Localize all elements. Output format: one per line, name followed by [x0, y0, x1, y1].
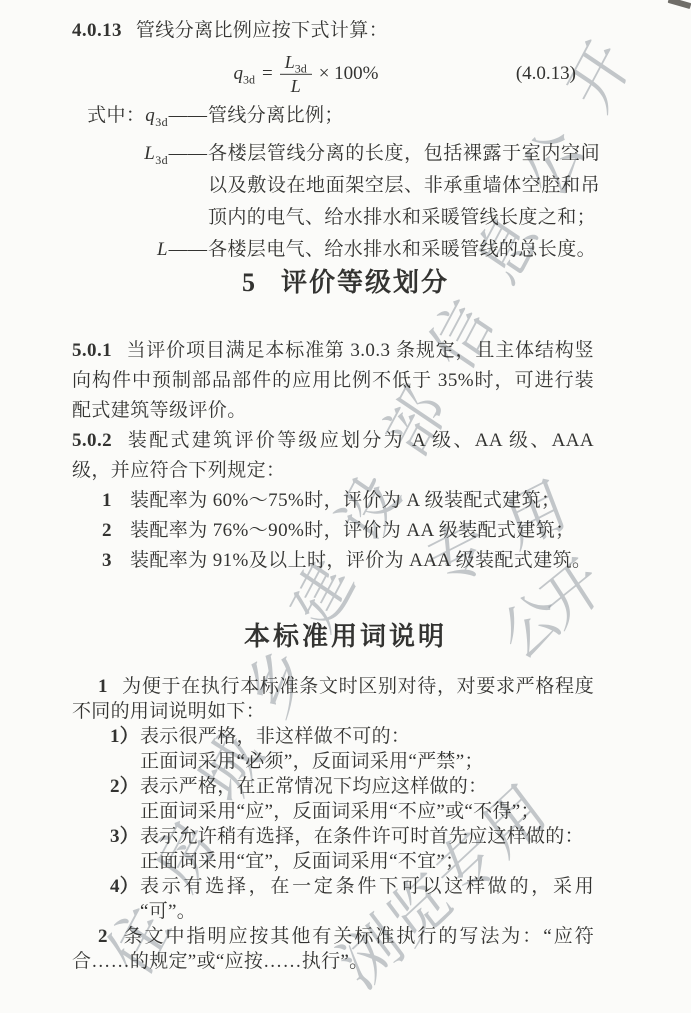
where-prefix: 式中：: [87, 105, 145, 126]
terms-paragraph-2: 2条文中指明应按其他有关标准执行的写法为：“应符合……的规定”或“应按……执行”…: [72, 924, 594, 974]
where-block: 式中：q3d —— 管线分离比例； L3d —— 各楼层管线分离的长度，包括裸露…: [72, 100, 600, 272]
item-text: 表示有选择，在一定条件下可以这样做的，采用 “可”。: [140, 874, 594, 924]
grade-item-aa: 2装配率为 76%～90%时，评价为 AA 级装配式建筑；: [72, 516, 594, 546]
clause-4013-text: 管线分离比例应按下式计算：: [136, 20, 388, 41]
item-number: 1: [102, 486, 130, 516]
grade-item-a: 1装配率为 60%～75%时，评价为 A 级装配式建筑；: [72, 486, 594, 516]
fraction-denominator: L: [291, 75, 301, 97]
section-5-body: 5.0.1当评价项目满足本标准第 3.0.3 条规定，且主体结构竖向构件中预制部…: [72, 336, 594, 576]
document-page: 住房城乡建设部信息公开浏览专用专用公开 4.0.13管线分离比例应按下式计算： …: [0, 0, 691, 1013]
item-line-1: 表示很严格，非这样做不可的：: [140, 724, 594, 749]
paragraph-text: 条文中指明应按其他有关标准执行的写法为：“应符合……的规定”或“应按……执行”。: [72, 926, 594, 972]
where-term-q3d: 式中：q3d —— 管线分离比例；: [72, 100, 600, 138]
terms-heading: 本标准用词说明: [0, 616, 691, 653]
clause-502-paragraph: 5.0.2装配式建筑评价等级应划分为 A 级、AA 级、AAA 级，并应符合下列…: [72, 426, 594, 486]
clause-501-number: 5.0.1: [72, 340, 112, 361]
clause-502-text: 装配式建筑评价等级应划分为 A 级、AA 级、AAA 级，并应符合下列规定：: [72, 430, 594, 481]
item-line-2: “可”。: [140, 899, 594, 924]
formula-lhs-symbol: q: [233, 63, 243, 84]
item-line-2: 正面词采用“必须”，反面词采用“严禁”；: [140, 749, 594, 774]
term-label: 式中：q3d: [72, 100, 168, 138]
clause-501-text: 当评价项目满足本标准第 3.0.3 条规定，且主体结构竖向构件中预制部品部件的应…: [72, 340, 594, 421]
numerator-subscript: 3d: [295, 61, 307, 75]
term-subscript: 3d: [155, 153, 168, 167]
clause-501-paragraph: 5.0.1当评价项目满足本标准第 3.0.3 条规定，且主体结构竖向构件中预制部…: [72, 336, 594, 426]
wording-item-1: 1） 表示很严格，非这样做不可的： 正面词采用“必须”，反面词采用“严禁”；: [72, 724, 594, 774]
clause-4013-block: 4.0.13管线分离比例应按下式计算： q3d = L3d L × 100% (…: [72, 14, 600, 272]
scan-artifact: [668, 0, 691, 9]
term-symbol: L: [157, 239, 168, 260]
item-line-2: 正面词采用“应”，反面词采用“不应”或“不得”；: [140, 799, 594, 824]
item-number: 3: [102, 546, 130, 576]
item-text: 表示允许稍有选择，在条件许可时首先应这样做的： 正面词采用“宜”，反面词采用“不…: [140, 824, 594, 874]
item-number: 1）: [110, 724, 140, 774]
item-line-1: 表示允许稍有选择，在条件许可时首先应这样做的：: [140, 824, 594, 849]
terms-paragraph-1: 1为便于在执行本标准条文时区别对待，对要求严格程度不同的用词说明如下：: [72, 674, 594, 724]
item-number: 2: [102, 516, 130, 546]
where-term-l3d: L3d —— 各楼层管线分离的长度，包括裸露于室内空间以及敷设在地面架空层、非承…: [72, 138, 600, 234]
item-number: 4）: [110, 874, 140, 924]
numerator-symbol: L: [285, 52, 295, 72]
item-number: 2）: [110, 774, 140, 824]
item-line-1: 表示严格，在正常情况下均应这样做的：: [140, 774, 594, 799]
grade-item-aaa: 3装配率为 91%及以上时，评价为 AAA 级装配式建筑。: [72, 546, 594, 576]
term-dash: ——: [168, 100, 208, 138]
wording-item-4: 4） 表示有选择，在一定条件下可以这样做的，采用 “可”。: [72, 874, 594, 924]
term-description: 各楼层管线分离的长度，包括裸露于室内空间以及敷设在地面架空层、非承重墙体空腔和吊…: [208, 138, 600, 234]
terms-body: 1为便于在执行本标准条文时区别对待，对要求严格程度不同的用词说明如下： 1） 表…: [72, 674, 594, 974]
section-5-title: 评价等级划分: [281, 268, 449, 297]
item-text: 装配率为 91%及以上时，评价为 AAA 级装配式建筑。: [130, 546, 591, 576]
clause-4013-number: 4.0.13: [72, 20, 122, 41]
item-line-1: 表示有选择，在一定条件下可以这样做的，采用: [140, 874, 594, 899]
clause-4013-paragraph: 4.0.13管线分离比例应按下式计算：: [72, 14, 600, 48]
fraction-numerator: L3d: [280, 52, 312, 75]
formula-lhs: q3d: [233, 63, 255, 85]
formula-fraction: L3d L: [280, 52, 312, 96]
formula-row: q3d = L3d L × 100% (4.0.13): [72, 48, 600, 100]
paragraph-number: 2: [98, 926, 108, 947]
formula-lhs-subscript: 3d: [243, 73, 255, 87]
wording-item-2: 2） 表示严格，在正常情况下均应这样做的： 正面词采用“应”，反面词采用“不应”…: [72, 774, 594, 824]
paragraph-number: 1: [98, 676, 108, 697]
term-label: L3d: [72, 138, 168, 234]
term-symbol: L: [144, 143, 155, 164]
section-5-number: 5: [242, 268, 257, 297]
section-5-heading: 5评价等级划分: [0, 262, 691, 299]
denominator-symbol: L: [291, 76, 301, 96]
item-line-2: 正面词采用“宜”，反面词采用“不宜”；: [140, 849, 594, 874]
term-dash: ——: [168, 138, 208, 234]
equation-number: (4.0.13): [516, 63, 576, 85]
term-subscript: 3d: [155, 115, 168, 129]
term-description: 管线分离比例；: [208, 100, 600, 138]
wording-item-3: 3） 表示允许稍有选择，在条件许可时首先应这样做的： 正面词采用“宜”，反面词采…: [72, 824, 594, 874]
item-text: 装配率为 60%～75%时，评价为 A 级装配式建筑；: [130, 486, 560, 516]
times-100-percent: × 100%: [319, 63, 379, 85]
item-text: 装配率为 76%～90%时，评价为 AA 级装配式建筑；: [130, 516, 575, 546]
item-text: 表示严格，在正常情况下均应这样做的： 正面词采用“应”，反面词采用“不应”或“不…: [140, 774, 594, 824]
paragraph-text: 为便于在执行本标准条文时区别对待，对要求严格程度不同的用词说明如下：: [72, 676, 594, 722]
formula-expression: q3d = L3d L × 100%: [72, 52, 540, 96]
clause-502-number: 5.0.2: [72, 430, 112, 451]
equals-sign: =: [262, 63, 273, 85]
item-number: 3）: [110, 824, 140, 874]
item-text: 表示很严格，非这样做不可的： 正面词采用“必须”，反面词采用“严禁”；: [140, 724, 594, 774]
term-symbol: q: [145, 105, 155, 126]
